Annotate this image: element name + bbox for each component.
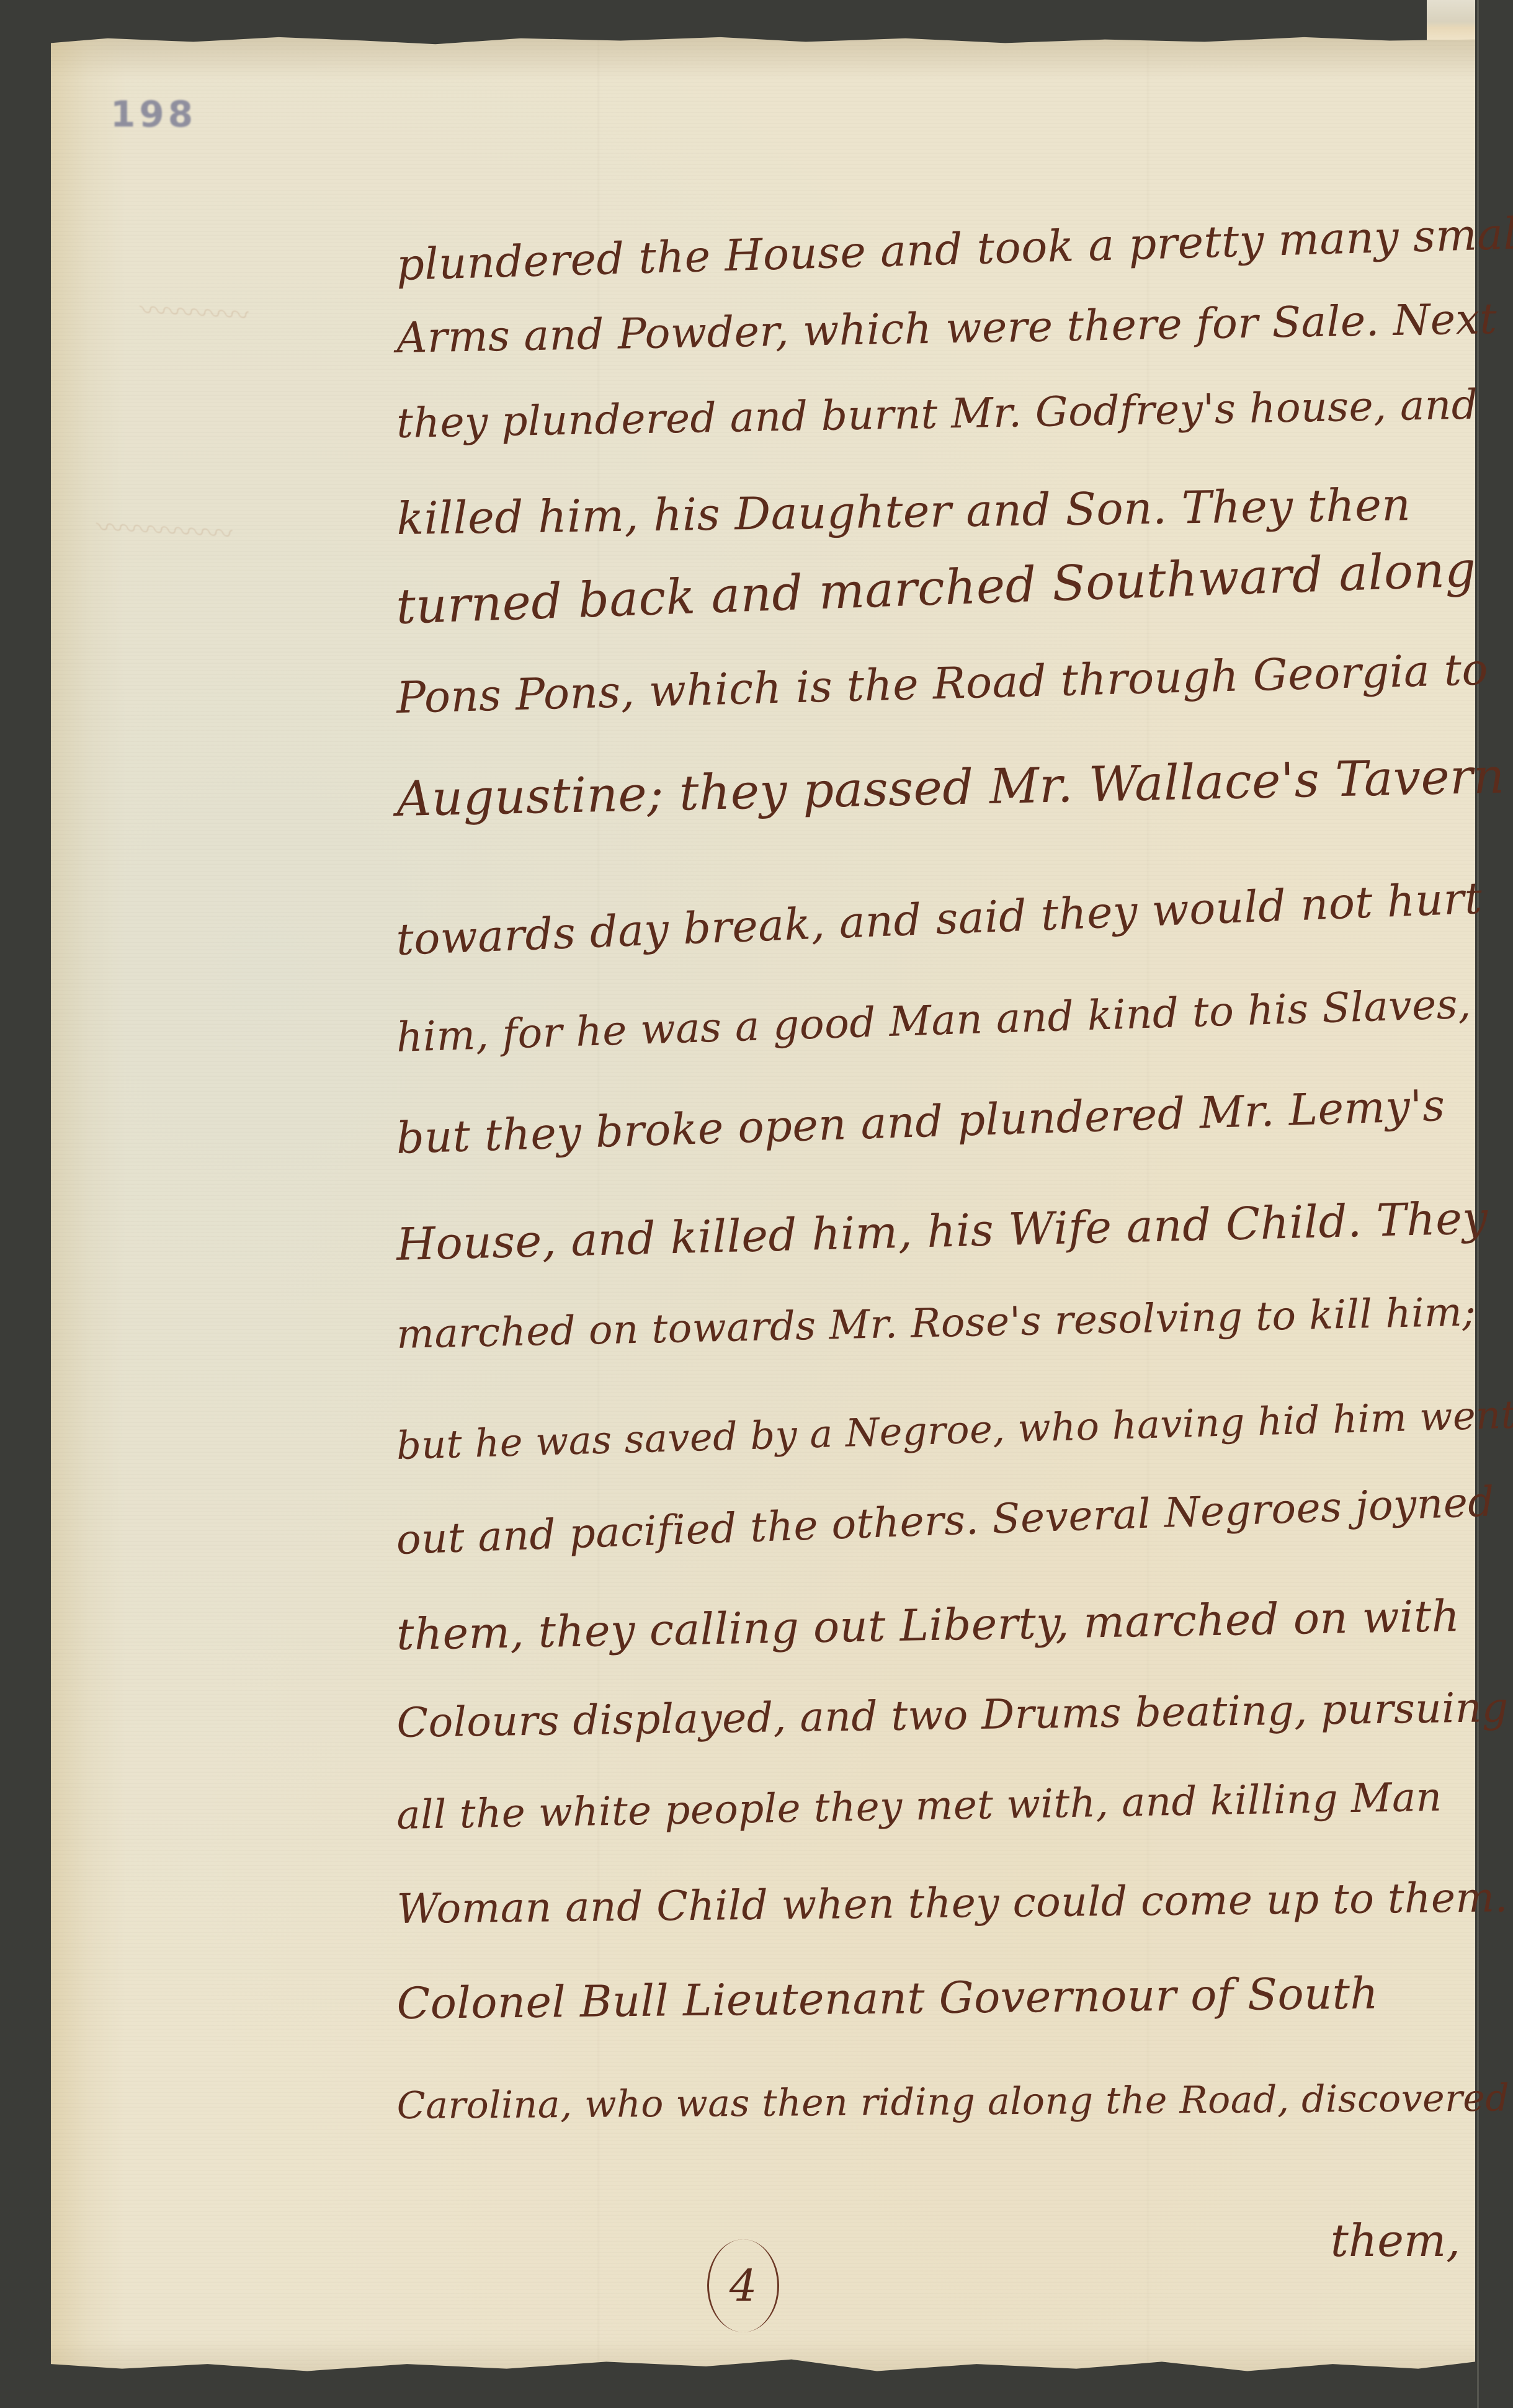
text-line-19: Colonel Bull Lieutenant Governour of Sou… bbox=[396, 1971, 1378, 2025]
catchword: them, bbox=[1331, 2214, 1460, 2267]
text-line-8: towards day break, and said they would n… bbox=[395, 876, 1483, 961]
text-line-10: but they broke open and plundered Mr. Le… bbox=[396, 1084, 1446, 1160]
text-line-13: but he was saved by a Negroe, who having… bbox=[396, 1396, 1513, 1465]
text-line-17: all the white people they met with, and … bbox=[396, 1778, 1442, 1835]
text-line-7: Augustine; they passed Mr. Wallace's Tav… bbox=[396, 752, 1505, 824]
text-line-2: Arms and Powder, which were there for Sa… bbox=[396, 298, 1497, 360]
text-line-9: him, for he was a good Man and kind to h… bbox=[396, 984, 1471, 1058]
text-line-12: marched on towards Mr. Rose's resolving … bbox=[396, 1293, 1476, 1355]
text-line-18: Woman and Child when they could come up … bbox=[396, 1877, 1508, 1930]
text-line-15: them, they calling out Liberty, marched … bbox=[396, 1594, 1460, 1656]
text-line-14: out and pacified the others. Several Neg… bbox=[396, 1481, 1495, 1561]
text-line-20: Carolina, who was then riding along the … bbox=[397, 2079, 1510, 2125]
text-line-6: Pons Pons, which is the Road through Geo… bbox=[396, 648, 1489, 720]
text-line-4: killed him, his Daughter and Son. They t… bbox=[396, 482, 1411, 541]
text-line-1: plundered the House and took a pretty ma… bbox=[396, 212, 1513, 287]
text-line-3: they plundered and burnt Mr. Godfrey's h… bbox=[396, 385, 1478, 444]
text-line-16: Colours displayed, and two Drums beating… bbox=[396, 1687, 1509, 1744]
page-number: 4 bbox=[707, 2239, 779, 2332]
text-line-11: House, and killed him, his Wife and Chil… bbox=[396, 1195, 1488, 1267]
text-line-5: turned back and marched Southward along bbox=[395, 545, 1476, 631]
manuscript-text: plundered the House and took a pretty ma… bbox=[0, 0, 1513, 2408]
page-number-value: 4 bbox=[730, 2260, 757, 2311]
